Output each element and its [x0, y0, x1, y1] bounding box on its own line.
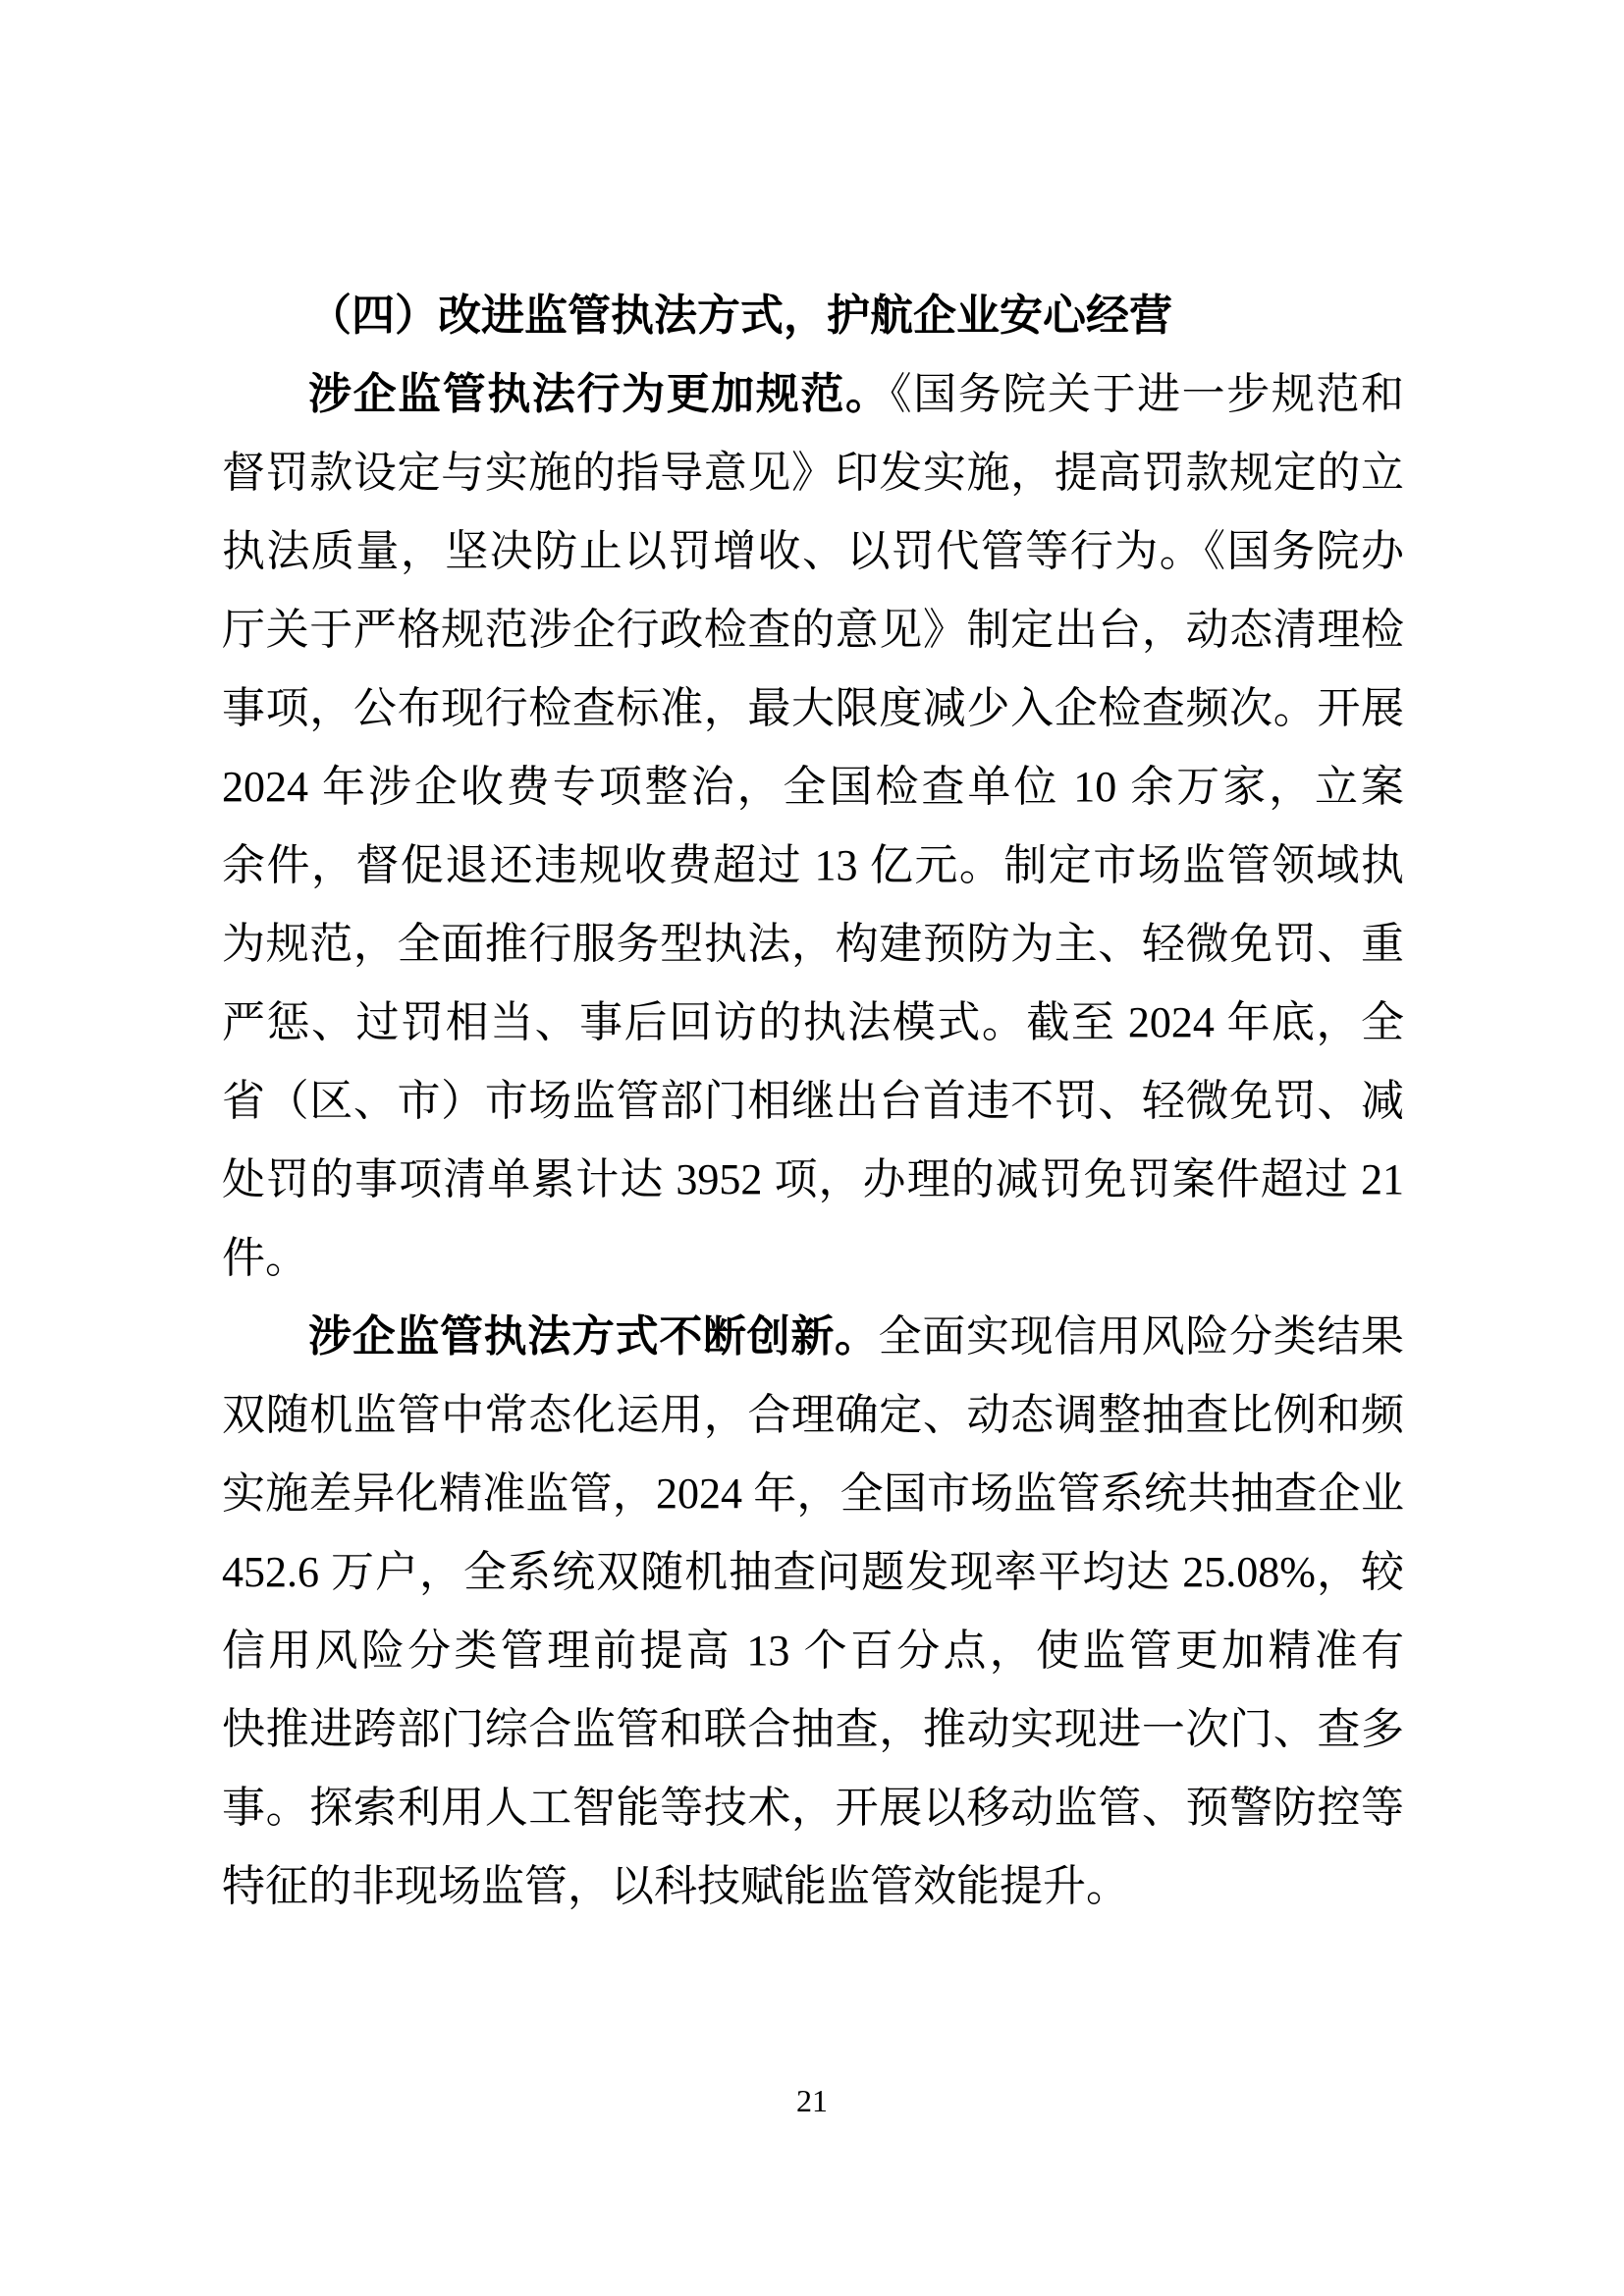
- paragraph1-line-11: 处罚的事项清单累计达 3952 项，办理的减罚免罚案件超过 21 万: [222, 1141, 1404, 1219]
- paragraph1-line-12: 件。: [222, 1219, 1404, 1298]
- paragraph1-line-7: 余件，督促退还违规收费超过 13 亿元。制定市场监管领域执法行: [222, 827, 1404, 905]
- page-number: 21: [0, 2083, 1624, 2119]
- paragraph1-line-5: 事项，公布现行检查标准，最大限度减少入企检查频次。开展: [222, 669, 1404, 748]
- paragraph1-line-2: 督罚款设定与实施的指导意见》印发实施，提高罚款规定的立法、: [222, 434, 1404, 512]
- paragraph2-line-5: 信用风险分类管理前提高 13 个百分点，使监管更加精准有效。加: [222, 1612, 1404, 1690]
- paragraph2-line-8: 特征的非现场监管，以科技赋能监管效能提升。: [222, 1847, 1404, 1926]
- paragraph2-line-6: 快推进跨部门综合监管和联合抽查，推动实现进一次门、查多项: [222, 1690, 1404, 1769]
- paragraph2-lead: 涉企监管执法方式不断创新。: [308, 1312, 879, 1361]
- paragraph1-lead: 涉企监管执法行为更加规范。: [308, 370, 891, 418]
- text-block: （四）改进监管执法方式，护航企业安心经营 涉企监管执法行为更加规范。《国务院关于…: [222, 277, 1404, 1926]
- paragraph1-line-10: 省（区、市）市场监管部门相继出台首违不罚、轻微免罚、减轻: [222, 1062, 1404, 1141]
- document-page: （四）改进监管执法方式，护航企业安心经营 涉企监管执法行为更加规范。《国务院关于…: [0, 0, 1624, 2296]
- paragraph2-line-7: 事。探索利用人工智能等技术，开展以移动监管、预警防控等为: [222, 1769, 1404, 1847]
- paragraph2-line-2: 双随机监管中常态化运用，合理确定、动态调整抽查比例和频次，: [222, 1376, 1404, 1455]
- paragraph1-line-8: 为规范，全面推行服务型执法，构建预防为主、轻微免罚、重违: [222, 905, 1404, 984]
- paragraph2-line-4: 452.6 万户，全系统双随机抽查问题发现率平均达 25.08%，较实施: [222, 1533, 1404, 1612]
- paragraph1-line-9: 严惩、过罚相当、事后回访的执法模式。截至 2024 年底，全国各: [222, 984, 1404, 1062]
- paragraph2-line-3: 实施差异化精准监管，2024 年，全国市场监管系统共抽查企业: [222, 1455, 1404, 1533]
- paragraph1-line-3: 执法质量，坚决防止以罚增收、以罚代管等行为。《国务院办公: [222, 512, 1404, 591]
- paragraph1-line-1: 涉企监管执法行为更加规范。《国务院关于进一步规范和监: [222, 355, 1404, 434]
- paragraph2-line-1: 涉企监管执法方式不断创新。全面实现信用风险分类结果在: [222, 1298, 1404, 1376]
- section-heading: （四）改进监管执法方式，护航企业安心经营: [222, 277, 1404, 355]
- paragraph1-line-4: 厅关于严格规范涉企行政检查的意见》制定出台，动态清理检查: [222, 591, 1404, 669]
- paragraph1-line-6: 2024 年涉企收费专项整治，全国检查单位 10 余万家，立案 3000: [222, 748, 1404, 827]
